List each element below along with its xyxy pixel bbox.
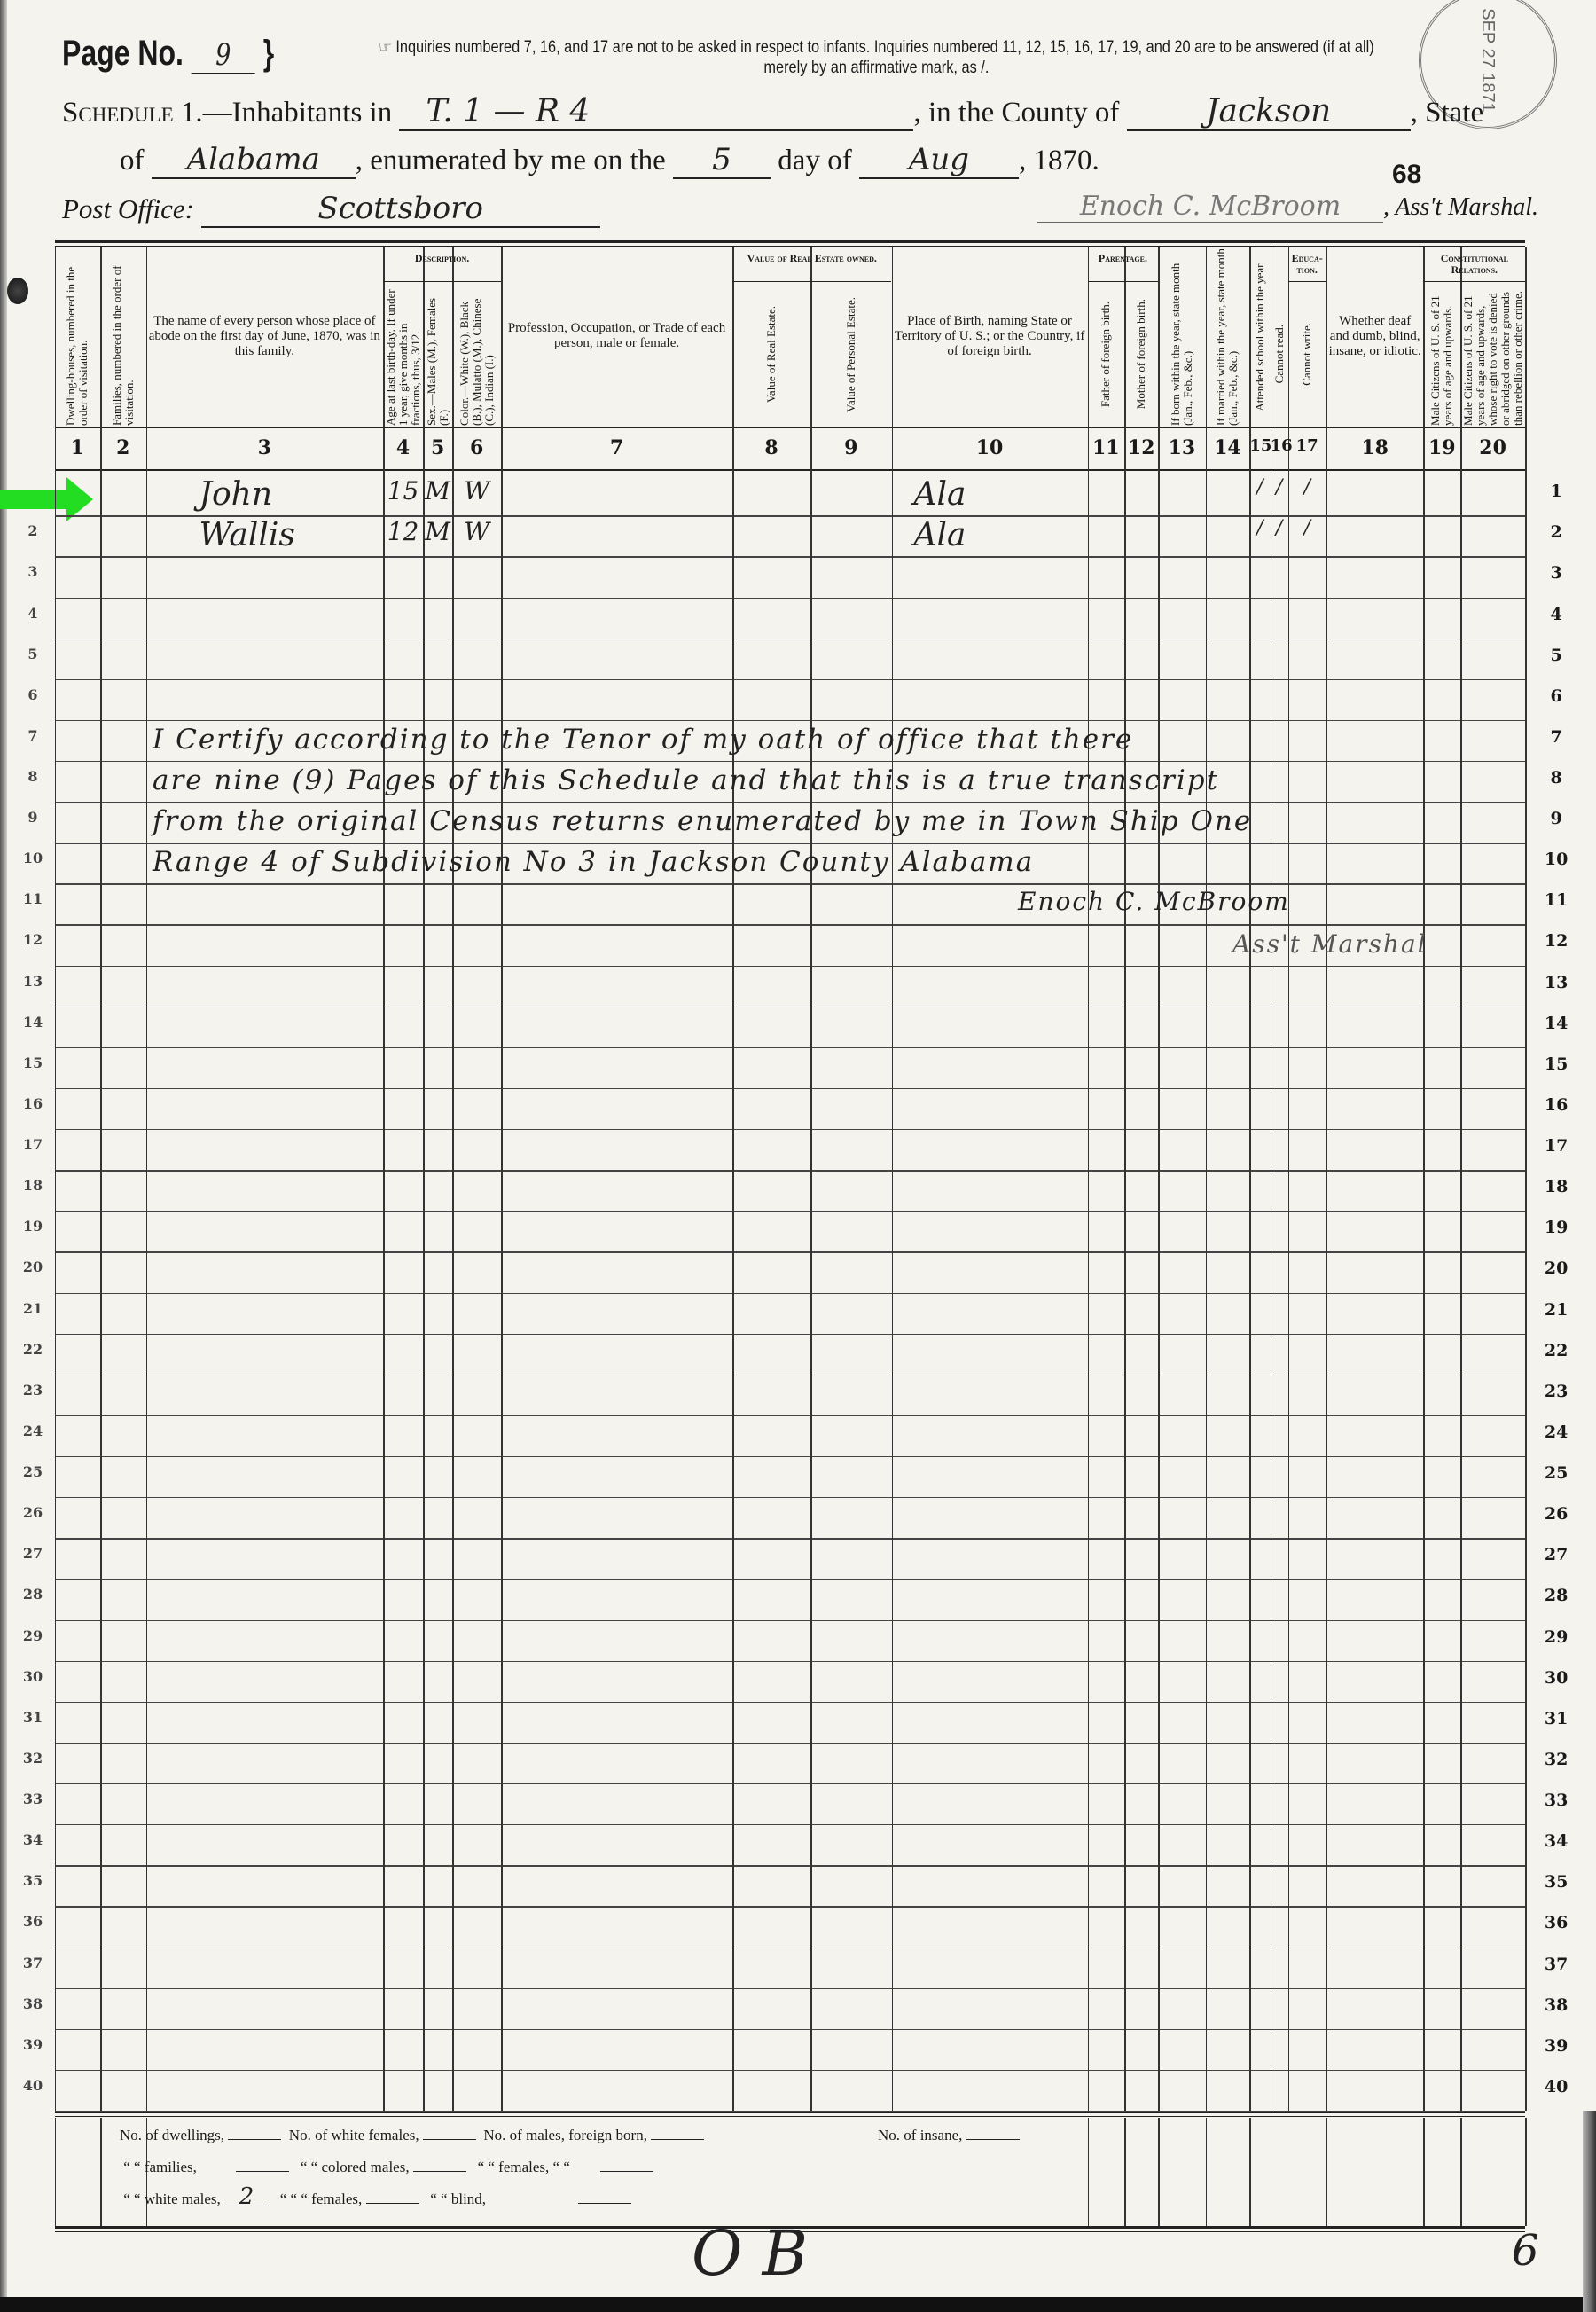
summary-column-rule xyxy=(1249,2118,1251,2226)
column-header-2: Families, numbered in the order of visit… xyxy=(102,247,145,426)
group-parentage: Parentage. xyxy=(1088,253,1159,264)
column-header-label: Cannot read. xyxy=(1273,325,1286,383)
row-number-right: 37 xyxy=(1538,1955,1574,1974)
column-rule xyxy=(1124,247,1126,2111)
certification-line: are nine (9) Pages of this Schedule and … xyxy=(153,764,1219,796)
column-rule xyxy=(732,247,734,2111)
row-number-left: 6 xyxy=(15,686,51,703)
of-label: of xyxy=(120,145,145,176)
state-value: Alabama xyxy=(152,142,356,179)
column-header-10: Place of Birth, naming State or Territor… xyxy=(894,247,1086,426)
row-number-right: 3 xyxy=(1538,563,1574,583)
notice-line-1: ☞ Inquiries numbered 7, 16, and 17 are n… xyxy=(350,37,1403,58)
column-header-14: If married within the year, state month … xyxy=(1208,247,1248,426)
row-number-right: 19 xyxy=(1538,1218,1574,1237)
row-rule xyxy=(55,1988,1525,1989)
column-number: 8 xyxy=(732,436,810,459)
table-top-rule xyxy=(55,240,1525,243)
row-rule xyxy=(55,1620,1525,1621)
column-header-5: Sex.—Males (M.), Females (F.) xyxy=(425,283,450,426)
summary-column-rule xyxy=(1158,2118,1160,2226)
column-header-9: Value of Personal Estate. xyxy=(812,283,889,426)
column-header-label: Age at last birth-day. If under 1 year, … xyxy=(385,283,421,426)
column-rule xyxy=(501,247,503,2111)
column-header-13: If born within the year, state month (Ja… xyxy=(1160,247,1203,426)
column-rule xyxy=(1206,247,1208,2111)
row-number-right: 22 xyxy=(1538,1341,1574,1360)
row-number-right: 26 xyxy=(1538,1504,1574,1524)
row-number-left: 23 xyxy=(15,1382,51,1399)
schedule-label: Schedule 1. xyxy=(62,97,203,129)
page-number: Page No. 9 } xyxy=(62,34,274,74)
column-header-18: Whether deaf and dumb, blind, insane, or… xyxy=(1328,247,1422,426)
certification-title: Ass't Marshal xyxy=(1232,929,1428,959)
day-value: 5 xyxy=(673,142,771,179)
row-2-birthplace: Ala xyxy=(892,517,1088,553)
males-foreign-label: No. of males, foreign born, xyxy=(483,2127,647,2143)
column-header-4: Age at last birth-day. If under 1 year, … xyxy=(385,283,421,426)
row-number-left: 30 xyxy=(15,1668,51,1685)
row-rule xyxy=(55,2029,1525,2030)
row-number-right: 36 xyxy=(1538,1913,1574,1932)
column-number: 15 xyxy=(1249,436,1270,455)
inquiries-notice: ☞ Inquiries numbered 7, 16, and 17 are n… xyxy=(350,37,1403,78)
row-number-right: 13 xyxy=(1538,973,1574,992)
row-number-left: 26 xyxy=(15,1504,51,1521)
summary-column-rule xyxy=(55,2118,57,2226)
post-office-value: Scottsboro xyxy=(201,191,600,228)
families-label: “ “ families, xyxy=(123,2159,197,2175)
row-number-right: 5 xyxy=(1538,646,1574,665)
page-number-label: Page No. xyxy=(62,34,184,73)
row-rule xyxy=(55,1129,1525,1130)
column-rule xyxy=(1460,247,1462,2111)
row-rule xyxy=(55,883,1525,884)
certification-line: Range 4 of Subdivision No 3 in Jackson C… xyxy=(153,846,1034,878)
males-foreign-value xyxy=(651,2139,704,2140)
white-females-value xyxy=(423,2139,476,2140)
row-number-right: 18 xyxy=(1538,1177,1574,1196)
row-number-left: 37 xyxy=(15,1955,51,1971)
row-number-left: 24 xyxy=(15,1422,51,1439)
column-header-label: Value of Real Estate. xyxy=(765,306,778,403)
row-number-left: 32 xyxy=(15,1750,51,1767)
row-rule xyxy=(55,1743,1525,1744)
column-rule xyxy=(1525,247,1527,2111)
column-number: 3 xyxy=(146,436,384,459)
row-rule xyxy=(55,1007,1525,1007)
column-header-label: If married within the year, state month … xyxy=(1215,247,1240,426)
row-1-sex: M xyxy=(423,476,452,506)
column-rule xyxy=(55,247,57,2111)
number-row-rule xyxy=(55,469,1525,472)
column-header-label: Cannot write. xyxy=(1301,323,1313,386)
column-header-12: Mother of foreign birth. xyxy=(1126,283,1156,426)
corner-handwritten-mark: 6 xyxy=(1512,2226,1539,2276)
row-rule xyxy=(55,1293,1525,1294)
colored-females-value xyxy=(366,2203,419,2204)
row-number-right: 12 xyxy=(1538,931,1574,951)
bottom-handwritten-mark: O B xyxy=(692,2217,808,2290)
insane-label: No. of insane, xyxy=(878,2127,962,2143)
row-number-left: 8 xyxy=(15,768,51,785)
white-females-label: No. of white females, xyxy=(289,2127,419,2143)
colored-males-value xyxy=(413,2171,466,2172)
row-1-color: W xyxy=(452,476,501,506)
row-number-left: 4 xyxy=(15,605,51,622)
row-1-cannot-write: / xyxy=(1288,476,1326,498)
row-number-right: 4 xyxy=(1538,605,1574,624)
column-number: 17 xyxy=(1288,436,1326,455)
row-number-left: 21 xyxy=(15,1300,51,1317)
row-number-left: 13 xyxy=(15,973,51,990)
row-number-left: 29 xyxy=(15,1627,51,1644)
group-real-estate: Value of Real Estate owned. xyxy=(732,253,891,264)
blind-value xyxy=(578,2203,631,2204)
year-label: , 1870. xyxy=(1019,145,1099,176)
row-number-right: 11 xyxy=(1538,890,1574,910)
row-number-left: 19 xyxy=(15,1218,51,1234)
row-rule xyxy=(55,679,1525,680)
row-rule xyxy=(55,1661,1525,1662)
certification-line: from the original Census returns enumera… xyxy=(153,805,1252,837)
row-rule xyxy=(55,1538,1525,1539)
row-number-left: 10 xyxy=(15,850,51,866)
column-number: 14 xyxy=(1206,436,1250,459)
column-rule xyxy=(1088,247,1090,2111)
row-number-right: 40 xyxy=(1538,2077,1574,2096)
row-number-left: 5 xyxy=(15,646,51,662)
column-header-3: The name of every person whose place of … xyxy=(148,247,382,426)
row-number-left: 15 xyxy=(15,1054,51,1071)
column-header-label: Sex.—Males (M.), Females (F.) xyxy=(426,283,450,426)
row-rule xyxy=(55,1088,1525,1089)
column-header-label: Dwelling-houses, numbered in the order o… xyxy=(65,247,90,426)
column-header-15: Attended school within the year. xyxy=(1251,247,1268,426)
row-number-left: 7 xyxy=(15,727,51,744)
colored-females-label: “ “ “ females, xyxy=(280,2191,363,2207)
row-number-right: 35 xyxy=(1538,1872,1574,1892)
column-number: 6 xyxy=(452,436,501,459)
row-number-left: 28 xyxy=(15,1586,51,1603)
column-header-label: Place of Birth, naming State or Territor… xyxy=(894,314,1086,359)
row-number-left: 39 xyxy=(15,2036,51,2053)
column-number: 16 xyxy=(1271,436,1288,455)
column-header-label: If born within the year, state month (Ja… xyxy=(1170,247,1194,426)
row-rule xyxy=(55,761,1525,762)
column-header-label: Color.—White (W.), Black (B.), Mulatto (… xyxy=(458,283,496,426)
insane-value xyxy=(966,2139,1020,2140)
row-rule xyxy=(55,639,1525,639)
row-rule xyxy=(55,1948,1525,1948)
white-males-value: 2 xyxy=(224,2188,269,2206)
summary-column-rule xyxy=(1525,2118,1527,2226)
column-header-6: Color.—White (W.), Black (B.), Mulatto (… xyxy=(454,283,499,426)
row-rule xyxy=(55,1865,1525,1866)
row-rule xyxy=(55,1375,1525,1375)
schedule-line: Schedule 1.—Inhabitants in T. 1 — R 4, i… xyxy=(62,93,1483,131)
column-header-8: Value of Real Estate. xyxy=(734,283,809,426)
column-number: 4 xyxy=(383,436,423,459)
column-header-label: Male Citizens of U. S. of 21 years of ag… xyxy=(1462,283,1523,426)
white-males-label: “ “ white males, xyxy=(123,2191,221,2207)
row-number-left: 16 xyxy=(15,1095,51,1112)
column-number: 20 xyxy=(1460,436,1525,459)
summary-column-rule xyxy=(100,2118,102,2226)
row-number-right: 39 xyxy=(1538,2036,1574,2056)
colored-males-label: “ “ colored males, xyxy=(301,2159,410,2175)
column-rule xyxy=(810,247,812,2111)
row-rule xyxy=(55,1334,1525,1335)
column-number: 13 xyxy=(1158,436,1205,459)
row-number-right: 17 xyxy=(1538,1136,1574,1156)
row-number-right: 24 xyxy=(1538,1422,1574,1442)
binding-hole xyxy=(7,278,28,304)
summary-column-rule xyxy=(1423,2118,1425,2226)
column-header-16: Cannot read. xyxy=(1272,283,1287,426)
row-rule xyxy=(55,924,1525,925)
column-rule xyxy=(1326,247,1328,2111)
females-foreign-value xyxy=(600,2171,653,2172)
row-number-left: 22 xyxy=(15,1341,51,1358)
row-rule xyxy=(55,1497,1525,1498)
row-2-cannot-read: / xyxy=(1271,517,1288,539)
column-number: 18 xyxy=(1326,436,1424,459)
month-value: Aug xyxy=(859,142,1019,179)
row-rule xyxy=(55,1579,1525,1579)
row-rule xyxy=(55,802,1525,803)
row-2-sex: M xyxy=(423,517,452,546)
column-header-label: Value of Personal Estate. xyxy=(845,297,857,412)
row-1-birthplace: Ala xyxy=(892,476,1088,513)
certification-signature: Enoch C. McBroom xyxy=(1018,887,1290,916)
row-2-name: Wallis xyxy=(146,517,384,553)
row-number-right: 23 xyxy=(1538,1382,1574,1401)
column-header-19: Male Citizens of U. S. of 21 years of ag… xyxy=(1425,283,1459,426)
row-rule xyxy=(55,598,1525,599)
column-number: 12 xyxy=(1124,436,1158,459)
row-number-left: 36 xyxy=(15,1913,51,1930)
row-2-age: 12 xyxy=(383,517,423,546)
row-rule xyxy=(55,1170,1525,1171)
column-header-20: Male Citizens of U. S. of 21 years of ag… xyxy=(1462,283,1523,426)
column-number: 11 xyxy=(1088,436,1125,459)
dwellings-value xyxy=(228,2139,281,2140)
row-number-right: 1 xyxy=(1538,482,1574,501)
row-number-right: 25 xyxy=(1538,1463,1574,1483)
summary-column-rule xyxy=(1088,2118,1090,2226)
column-header-label: Profession, Occupation, or Trade of each… xyxy=(503,321,731,351)
certification-line: I Certify according to the Tenor of my o… xyxy=(153,724,1133,756)
column-rule xyxy=(1158,247,1160,2111)
females-foreign-label: “ “ females, “ “ xyxy=(478,2159,570,2175)
column-header-1: Dwelling-houses, numbered in the order o… xyxy=(56,247,98,426)
row-2-color: W xyxy=(452,517,501,546)
row-rule xyxy=(55,966,1525,967)
column-rule xyxy=(1423,247,1425,2111)
row-1-school: / xyxy=(1249,476,1270,498)
column-header-label: Father of foreign birth. xyxy=(1099,302,1112,407)
row-rule xyxy=(55,1824,1525,1825)
county-value: Jackson xyxy=(1127,93,1411,131)
row-number-right: 2 xyxy=(1538,522,1574,542)
row-rule xyxy=(55,1211,1525,1211)
row-number-right: 21 xyxy=(1538,1300,1574,1320)
row-number-right: 16 xyxy=(1538,1095,1574,1115)
row-number-right: 15 xyxy=(1538,1054,1574,1074)
row-number-left: 2 xyxy=(15,522,51,539)
row-number-right: 33 xyxy=(1538,1791,1574,1810)
column-number: 7 xyxy=(501,436,732,459)
post-office-label: Post Office: xyxy=(62,193,194,224)
column-header-label: The name of every person whose place of … xyxy=(148,314,382,359)
row-number-left: 40 xyxy=(15,2077,51,2094)
row-number-right: 27 xyxy=(1538,1545,1574,1564)
row-number-left: 33 xyxy=(15,1791,51,1807)
row-rule xyxy=(55,1415,1525,1416)
county-label: , in the County of xyxy=(913,97,1119,129)
row-number-left: 31 xyxy=(15,1709,51,1726)
row-rule xyxy=(55,2111,1525,2112)
state-label: , State xyxy=(1411,97,1483,129)
township-value: T. 1 — R 4 xyxy=(399,93,913,131)
marshal-title: , Ass't Marshal. xyxy=(1383,193,1538,221)
row-rule xyxy=(55,1251,1525,1252)
column-number: 19 xyxy=(1423,436,1460,459)
column-header-label: Mother of foreign birth. xyxy=(1135,299,1147,409)
blind-label: “ “ blind, xyxy=(430,2191,486,2207)
marshal-signature-line: Enoch C. McBroom, Ass't Marshal. xyxy=(1037,191,1538,223)
row-number-right: 8 xyxy=(1538,768,1574,788)
row-1-cannot-read: / xyxy=(1271,476,1288,498)
column-number: 5 xyxy=(423,436,452,459)
inhabitants-label: —Inhabitants in xyxy=(203,97,393,129)
page-edge-bottom xyxy=(0,2297,1596,2312)
day-of-label: day of xyxy=(778,145,851,176)
row-number-left: 38 xyxy=(15,1995,51,2012)
row-rule xyxy=(55,1702,1525,1703)
summary-column-rule xyxy=(1206,2118,1208,2226)
row-number-left: 25 xyxy=(15,1463,51,1480)
row-number-right: 10 xyxy=(1538,850,1574,869)
row-rule xyxy=(55,2070,1525,2071)
dwellings-label: No. of dwellings, xyxy=(120,2127,224,2143)
row-number-right: 9 xyxy=(1538,809,1574,828)
enumeration-line: of Alabama, enumerated by me on the 5 da… xyxy=(120,142,1099,179)
row-number-right: 7 xyxy=(1538,727,1574,747)
column-header-7: Profession, Occupation, or Trade of each… xyxy=(503,247,731,426)
row-number-left: 11 xyxy=(15,890,51,907)
row-rule xyxy=(55,1906,1525,1907)
families-value xyxy=(236,2171,289,2172)
page-number-value: 9 xyxy=(192,37,255,74)
row-number-left: 14 xyxy=(15,1014,51,1031)
row-number-left: 18 xyxy=(15,1177,51,1194)
row-number-left: 27 xyxy=(15,1545,51,1562)
notice-line-2: merely by an affirmative mark, as /. xyxy=(350,58,1403,78)
header-bottom-rule xyxy=(55,427,1525,429)
row-number-left: 17 xyxy=(15,1136,51,1153)
insane-count: No. of insane, xyxy=(878,2120,1020,2151)
row-number-left: 34 xyxy=(15,1831,51,1848)
summary-column-rule xyxy=(1124,2118,1126,2226)
row-rule xyxy=(55,1456,1525,1457)
column-number: 10 xyxy=(892,436,1088,459)
row-number-right: 38 xyxy=(1538,1995,1574,2015)
column-rule xyxy=(100,247,102,2111)
row-rule xyxy=(55,720,1525,721)
row-number-right: 20 xyxy=(1538,1258,1574,1278)
row-number-left: 35 xyxy=(15,1872,51,1889)
column-number: 9 xyxy=(810,436,891,459)
row-number-left: 12 xyxy=(15,931,51,948)
row-2-cannot-write: / xyxy=(1288,517,1326,539)
row-number-right: 30 xyxy=(1538,1668,1574,1688)
row-number-right: 6 xyxy=(1538,686,1574,706)
column-header-17: Cannot write. xyxy=(1290,283,1325,426)
row-number-left: 9 xyxy=(15,809,51,826)
group-description: Description. xyxy=(383,253,501,264)
column-header-label: Attended school within the year. xyxy=(1254,262,1266,411)
row-number-left: 20 xyxy=(15,1258,51,1275)
column-number: 2 xyxy=(100,436,146,459)
row-rule xyxy=(55,1047,1525,1048)
number-row-rule-inner xyxy=(55,474,1525,475)
summary-column-rule xyxy=(1460,2118,1462,2226)
row-number-right: 32 xyxy=(1538,1750,1574,1769)
sheet-number: 68 xyxy=(1392,160,1421,190)
census-table: Description.Value of Real Estate owned.P… xyxy=(55,240,1525,2226)
enumerated-label: , enumerated by me on the xyxy=(356,145,666,176)
rows-end-rule-inner xyxy=(55,2116,1525,2118)
row-rule xyxy=(55,1783,1525,1784)
group-education: Educa-tion. xyxy=(1288,253,1326,276)
row-number-right: 14 xyxy=(1538,1014,1574,1033)
column-header-label: Families, numbered in the order of visit… xyxy=(111,247,136,426)
row-1-name: John xyxy=(146,476,384,513)
row-number-right: 34 xyxy=(1538,1831,1574,1851)
page-edge-right xyxy=(1583,2111,1596,2312)
row-rule xyxy=(55,556,1525,557)
page-edge-left xyxy=(0,0,7,2312)
column-header-label: Whether deaf and dumb, blind, insane, or… xyxy=(1328,314,1422,359)
column-header-label: Male Citizens of U. S. of 21 years of ag… xyxy=(1429,283,1454,426)
post-office-line: Post Office: Scottsboro xyxy=(62,191,600,228)
row-number-right: 28 xyxy=(1538,1586,1574,1605)
marshal-signature: Enoch C. McBroom xyxy=(1037,191,1383,223)
column-number: 1 xyxy=(55,436,101,459)
summary-block: No. of dwellings, No. of white females, … xyxy=(120,2120,704,2215)
row-number-left: 3 xyxy=(15,563,51,580)
row-number-right: 29 xyxy=(1538,1627,1574,1647)
row-number-right: 31 xyxy=(1538,1709,1574,1728)
row-rule xyxy=(55,843,1525,843)
row-2-school: / xyxy=(1249,517,1270,539)
row-1-age: 15 xyxy=(383,476,423,506)
group-constitutional: Constitutional Relations. xyxy=(1423,253,1525,276)
summary-column-rule xyxy=(1326,2118,1328,2226)
column-header-11: Father of foreign birth. xyxy=(1090,283,1123,426)
